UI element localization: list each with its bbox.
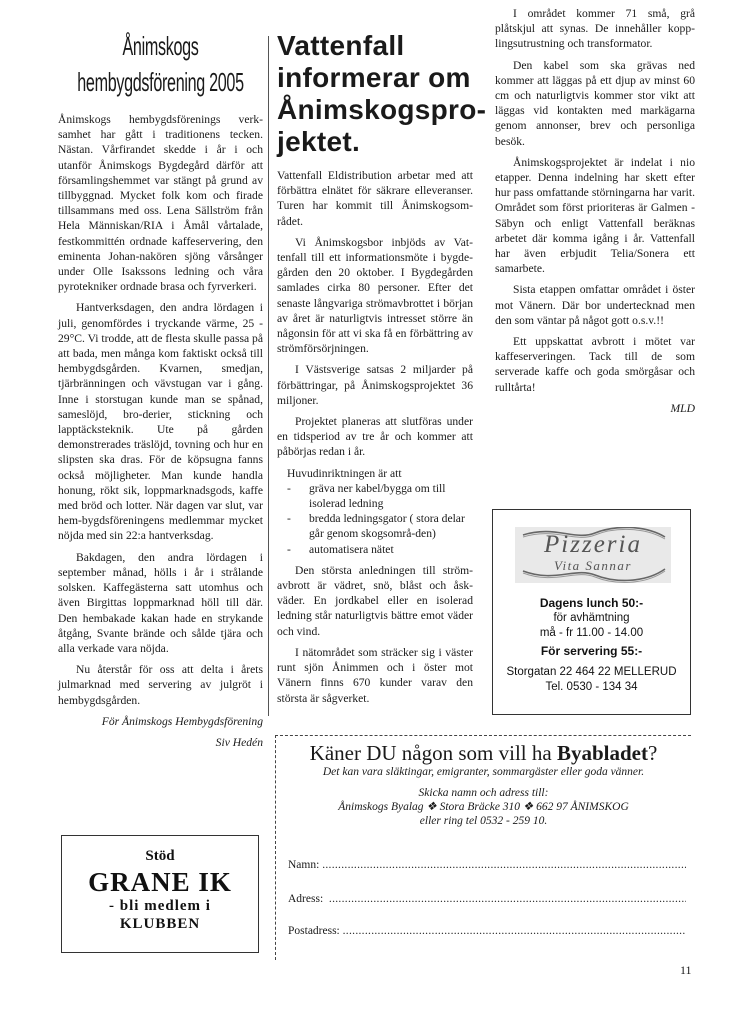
list-item: automatisera nätet [277,542,473,557]
opening-hours: må - fr 11.00 - 14.00 [493,626,690,641]
paragraph: Sista etappen omfattar området i öster m… [495,282,695,328]
title-line: jektet. [277,126,473,158]
coupon-send-info: Skicka namn och adress till: Ånimskogs B… [276,786,691,828]
signature: MLD [495,401,695,416]
name-field[interactable]: Namn: ..................................… [288,859,686,871]
paragraph: Den största anledningen till ström-avbro… [277,563,473,639]
title-line: Ånimskogs [60,28,262,64]
pizzeria-details: Dagens lunch 50:- för avhämtning må - fr… [493,596,690,695]
paragraph: Nu återstår för oss att delta i årets ju… [58,662,263,708]
lunch-price: Dagens lunch 50:- [493,596,690,611]
ad-headline: GRANE IK [62,867,258,897]
paragraph: I området kommer 71 små, grå plåtskjul a… [495,6,695,52]
pizzeria-logo: Pizzeria Vita Sannar [515,527,671,583]
paragraph: Ett uppskattat avbrott i mötet var kaffe… [495,334,695,395]
field-label: Adress: [288,893,323,905]
article-title: Ånimskogs hembygdsförening 2005 [60,28,262,100]
fill-line[interactable]: ........................................… [343,925,686,937]
publication-name: Byabladet [557,741,648,765]
send-address: Ånimskogs Byalag ❖ Stora Bräcke 310 ❖ 66… [276,800,691,814]
paragraph: Vattenfall Eldistribution arbetar med at… [277,168,473,229]
list-item: gräva ner kabel/bygga om till isolerad l… [277,481,473,511]
serving-price: För servering 55:- [493,644,690,659]
paragraph: Ånimskogs hembygdsförenings verk-samhet … [58,112,263,294]
paragraph: Bakdagen, den andra lördagen i september… [58,550,263,656]
headline-suffix: ? [648,741,657,765]
list-item: bredda ledningsgator ( stora delar går g… [277,511,473,541]
article-title: Vattenfall informerar om Ånimskogspro- j… [277,30,473,158]
phone: Tel. 0530 - 134 34 [493,680,690,695]
title-line: Vattenfall [277,30,473,62]
field-label: Namn: [288,859,319,871]
grane-ik-ad: Stöd GRANE IK - bli medlem i KLUBBEN [61,835,259,953]
paragraph: Den kabel som ska grävas ned kommer att … [495,58,695,149]
paragraph: Ånimskogsprojektet är indelat i nio etap… [495,155,695,277]
page-number: 11 [680,963,692,978]
paragraph: Hantverksdagen, den andra lördagen i jul… [58,300,263,543]
signature-org: För Ånimskogs Hembygdsförening [58,714,263,729]
list-intro: Huvudinriktningen är att [287,466,473,481]
paragraph: I Västsverige satsas 2 miljarder på förb… [277,362,473,408]
article-vattenfall-continued: I området kommer 71 små, grå plåtskjul a… [495,6,695,422]
bullet-list: gräva ner kabel/bygga om till isolerad l… [277,481,473,557]
ad-line: Stöd [62,848,258,865]
ad-line: KLUBBEN [62,915,258,933]
address: Storgatan 22 464 22 MELLERUD [493,665,690,680]
title-line: Ånimskogspro- [277,94,473,126]
title-line: hembygdsförening 2005 [60,64,262,100]
send-line: Skicka namn och adress till: [276,786,691,800]
address-field[interactable]: Adress: ................................… [288,893,686,905]
coupon-headline: Käner DU någon som vill ha Byabladet? [276,740,691,766]
pizzeria-ad: Pizzeria Vita Sannar Dagens lunch 50:- f… [492,509,691,715]
pizzeria-subname: Vita Sannar [515,558,671,574]
paragraph: Vi Ånimskogsbor inbjöds av Vat-tenfall t… [277,235,473,357]
field-label: Postadress: [288,925,340,937]
column-divider [268,36,269,716]
signature-name: Siv Hedén [58,735,263,750]
ad-line: - bli medlem i [62,897,258,915]
headline-text: Käner DU någon som vill ha [310,741,557,765]
coupon-subtitle: Det kan vara släktingar, emigranter, som… [276,766,691,778]
title-line: informerar om [277,62,473,94]
article-hembygdsforening: Ånimskogs hembygdsförening 2005 Ånimskog… [58,28,263,756]
fill-line[interactable]: ........................................… [329,893,686,905]
subscription-coupon: Käner DU någon som vill ha Byabladet? De… [275,735,691,960]
pizzeria-name: Pizzeria [515,531,671,559]
fill-line[interactable]: ........................................… [322,859,686,871]
paragraph: I nätområdet som sträcker sig i väster r… [277,645,473,706]
takeaway-label: för avhämtning [493,611,690,626]
article-vattenfall: Vattenfall informerar om Ånimskogspro- j… [277,28,473,712]
send-phone: eller ring tel 0532 - 259 10. [276,814,691,828]
postal-address-field[interactable]: Postadress: ............................… [288,925,686,937]
paragraph: Projektet planeras att slutföras under e… [277,414,473,460]
